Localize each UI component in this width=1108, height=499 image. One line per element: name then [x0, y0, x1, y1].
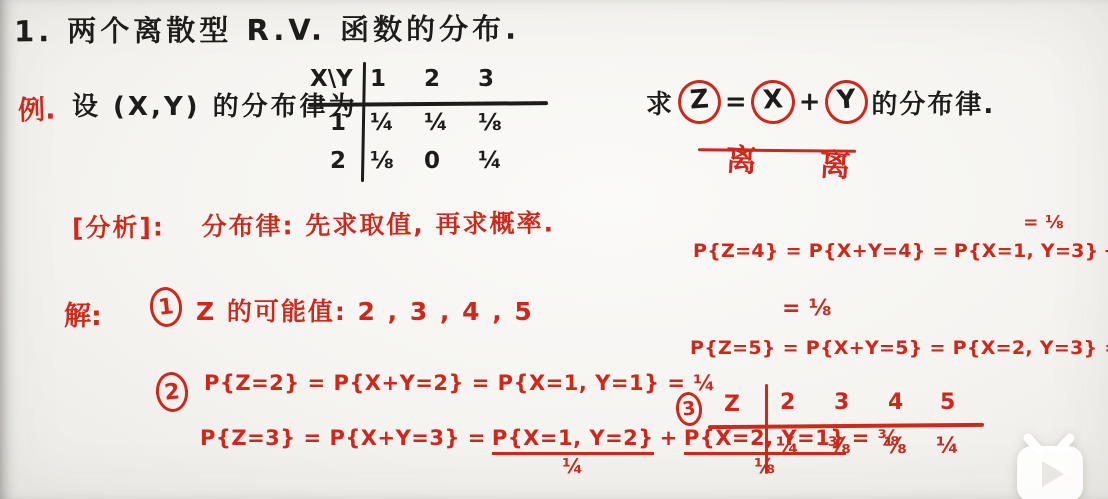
prob-cell: ⅛ [478, 110, 502, 136]
table-column-rule [361, 62, 366, 182]
discrete-discrete-note: 离 离 [725, 134, 878, 187]
circled-x: X [749, 79, 796, 126]
z-value: 5 [940, 390, 955, 415]
z-prob: ⅛ [884, 434, 907, 459]
equals-sign: = [725, 87, 747, 117]
z3-plus: + [660, 426, 678, 450]
equation-z5: P{Z=5} = P{X+Y=5} = P{X=2, Y=3} = ¼ [690, 337, 1108, 359]
z3-term1: P{X=1, Y=2} [492, 426, 654, 450]
step1-text: Z 的可能值: 2 , 3 , 4 , 5 [196, 292, 534, 328]
z3-prefix: P{Z=3} = P{X+Y=3} = [200, 426, 486, 450]
z4-prefix: P{Z=4} = P{X+Y=4} = [693, 240, 949, 262]
joint-distribution-table: X\Y 1 2 3 1 ¼ ¼ ⅛ 2 ⅛ 0 ¼ [308, 60, 554, 186]
equation-z4-result: = ⅛ [782, 296, 832, 321]
circled-z: Z [677, 79, 723, 126]
y-header-3: 3 [478, 66, 494, 92]
z4-term1-text: P{X=1, Y=3} [954, 240, 1099, 262]
z-prob: ⅜ [828, 434, 851, 459]
z4-term1-note: = ⅛ [1023, 212, 1064, 233]
x-label-row2: 2 [330, 148, 346, 174]
prob-cell: ¼ [370, 110, 394, 136]
z4-plus: + [1104, 240, 1108, 262]
z3-term1-underlined: P{X=1, Y=2} ¼ [492, 426, 654, 455]
z-prob: ¼ [776, 434, 799, 459]
table-header-rule [308, 101, 548, 107]
z-variable: Z [724, 392, 740, 417]
example-label: 例. [17, 87, 56, 127]
plus-sign: + [799, 87, 821, 117]
table-corner-xy: X\Y [310, 66, 353, 92]
y-header-2: 2 [424, 66, 440, 92]
prob-cell: ¼ [478, 148, 502, 174]
question-line: 求 Z = X + Y 的分布律. [646, 80, 995, 124]
prob-cell: ⅛ [370, 148, 394, 174]
z-distribution-table: Z 2 3 4 5 ¼ ⅜ ⅛ ¼ [712, 386, 992, 486]
lecture-whiteboard: 1. 两个离散型 R.V. 函数的分布. 例. 设 (X,Y) 的分布律为 X\… [0, 0, 1108, 499]
step2-circled-number: 2 [154, 370, 190, 413]
equation-z4: P{Z=4} = P{X+Y=4} = P{X=1, Y=3} = ⅛ + P{… [693, 240, 1108, 262]
z-prob: ¼ [936, 434, 959, 459]
z-value: 3 [834, 390, 849, 415]
equation-z2: P{Z=2} = P{X+Y=2} = P{X=1, Y=1} = ¼ [204, 371, 716, 395]
z4-term1: P{X=1, Y=3} = ⅛ [954, 240, 1099, 262]
table-header-rule [708, 423, 984, 429]
step1-circled-number: 1 [148, 285, 184, 328]
page-title: 1. 两个离散型 R.V. 函数的分布. [14, 7, 520, 51]
analysis-line: [分析]: 分布律: 先求取值, 再求概率. [72, 203, 555, 244]
analysis-label: [分析]: [72, 213, 165, 243]
ask-suffix: 的分布律. [871, 84, 995, 121]
analysis-text: 分布律: 先求取值, 再求概率. [201, 208, 555, 241]
y-header-1: 1 [370, 66, 386, 92]
prob-cell: 0 [424, 148, 440, 174]
z3-term1-value: ¼ [562, 454, 583, 478]
x-label-row1: 1 [330, 110, 346, 136]
prob-cell: ¼ [424, 110, 448, 136]
z-value: 4 [888, 390, 903, 415]
table-column-rule [765, 384, 768, 474]
ask-prefix: 求 [646, 84, 674, 121]
circled-y: Y [823, 79, 869, 126]
solution-label: 解: [64, 294, 102, 333]
bilibili-tv-play-icon[interactable] [1012, 430, 1096, 499]
step3-circled-number: 3 [674, 391, 703, 428]
z-value: 2 [780, 390, 795, 415]
